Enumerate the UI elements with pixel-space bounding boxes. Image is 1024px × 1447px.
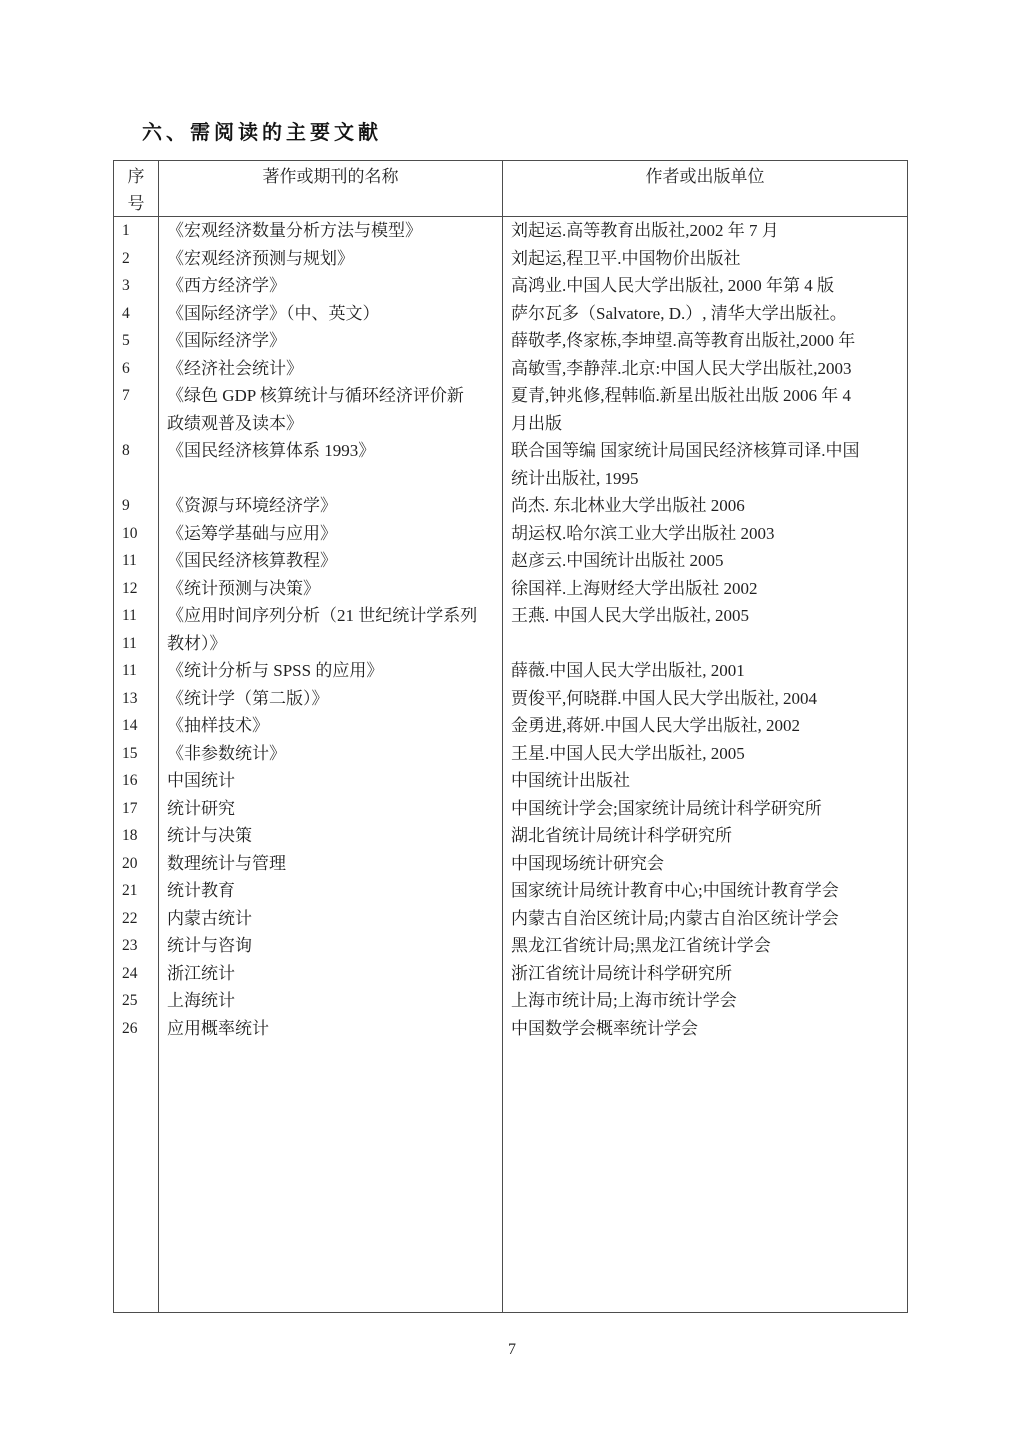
row-number: 12 (114, 575, 159, 603)
table-row: 5《国际经济学》薛敬孝,佟家栋,李坤望.高等教育出版社,2000 年 (114, 327, 907, 355)
table-row: 20数理统计与管理中国现场统计研究会 (114, 850, 907, 878)
row-publisher: 联合国等编 国家统计局国民经济核算司译.中国 统计出版社, 1995 (503, 437, 907, 492)
row-title: 统计教育 (159, 877, 503, 905)
table-row: 13《统计学（第二版）》贾俊平,何晓群.中国人民大学出版社, 2004 (114, 685, 907, 713)
table-header-row: 序 号 著作或期刊的名称 作者或出版单位 (114, 161, 907, 217)
row-publisher: 金勇进,蒋妍.中国人民大学出版社, 2002 (503, 712, 907, 740)
row-number: 25 (114, 987, 159, 1015)
row-title: 统计与决策 (159, 822, 503, 850)
row-number: 17 (114, 795, 159, 823)
row-publisher: 夏青,钟兆修,程韩临.新星出版社出版 2006 年 4 月出版 (503, 382, 907, 437)
row-publisher: 高敏雪,李静萍.北京:中国人民大学出版社,2003 (503, 355, 907, 383)
row-publisher: 贾俊平,何晓群.中国人民大学出版社, 2004 (503, 685, 907, 713)
row-publisher: 中国现场统计研究会 (503, 850, 907, 878)
filler-publisher-cell (503, 1042, 907, 1312)
table-filler-row (114, 1042, 907, 1312)
row-publisher: 胡运权.哈尔滨工业大学出版社 2003 (503, 520, 907, 548)
row-title: 浙江统计 (159, 960, 503, 988)
row-publisher: 尚杰. 东北林业大学出版社 2006 (503, 492, 907, 520)
row-publisher: 湖北省统计局统计科学研究所 (503, 822, 907, 850)
row-title: 数理统计与管理 (159, 850, 503, 878)
row-title: 《应用时间序列分析（21 世纪统计学系列 教材）》 (159, 602, 503, 657)
row-number: 8 (114, 437, 159, 492)
table-row: 14《抽样技术》金勇进,蒋妍.中国人民大学出版社, 2002 (114, 712, 907, 740)
table-row: 26应用概率统计中国数学会概率统计学会 (114, 1015, 907, 1043)
row-title: 《国民经济核算教程》 (159, 547, 503, 575)
table-row: 24浙江统计浙江省统计局统计科学研究所 (114, 960, 907, 988)
row-publisher: 王星.中国人民大学出版社, 2005 (503, 740, 907, 768)
row-number: 3 (114, 272, 159, 300)
row-title: 《西方经济学》 (159, 272, 503, 300)
row-title: 中国统计 (159, 767, 503, 795)
row-publisher: 黑龙江省统计局;黑龙江省统计学会 (503, 932, 907, 960)
row-publisher: 内蒙古自治区统计局;内蒙古自治区统计学会 (503, 905, 907, 933)
row-title: 统计与咨询 (159, 932, 503, 960)
row-number: 5 (114, 327, 159, 355)
row-publisher: 中国统计出版社 (503, 767, 907, 795)
row-title: 《统计学（第二版）》 (159, 685, 503, 713)
row-publisher: 刘起运,程卫平.中国物价出版社 (503, 245, 907, 273)
row-number: 15 (114, 740, 159, 768)
table-row: 1《宏观经济数量分析方法与模型》刘起运.高等教育出版社,2002 年 7 月 (114, 217, 907, 245)
reading-list-table: 序 号 著作或期刊的名称 作者或出版单位 1《宏观经济数量分析方法与模型》刘起运… (113, 160, 908, 1313)
row-title: 《经济社会统计》 (159, 355, 503, 383)
row-number: 26 (114, 1015, 159, 1043)
row-title: 《资源与环境经济学》 (159, 492, 503, 520)
table-row: 4《国际经济学》（中、英文）萨尔瓦多（Salvatore, D.）, 清华大学出… (114, 300, 907, 328)
row-title: 统计研究 (159, 795, 503, 823)
table-row: 22内蒙古统计内蒙古自治区统计局;内蒙古自治区统计学会 (114, 905, 907, 933)
table-row: 3《西方经济学》高鸿业.中国人民大学出版社, 2000 年第 4 版 (114, 272, 907, 300)
header-col-title: 著作或期刊的名称 (159, 161, 503, 217)
row-number: 24 (114, 960, 159, 988)
table-row: 15《非参数统计》王星.中国人民大学出版社, 2005 (114, 740, 907, 768)
table-row: 16中国统计中国统计出版社 (114, 767, 907, 795)
row-publisher: 中国数学会概率统计学会 (503, 1015, 907, 1043)
table-row: 7《绿色 GDP 核算统计与循环经济评价新 政绩观普及读本》夏青,钟兆修,程韩临… (114, 382, 907, 437)
table-row: 10《运筹学基础与应用》胡运权.哈尔滨工业大学出版社 2003 (114, 520, 907, 548)
row-number: 10 (114, 520, 159, 548)
row-publisher: 徐国祥.上海财经大学出版社 2002 (503, 575, 907, 603)
row-number: 11 (114, 547, 159, 575)
table-body: 1《宏观经济数量分析方法与模型》刘起运.高等教育出版社,2002 年 7 月2《… (114, 217, 907, 1312)
row-publisher: 上海市统计局;上海市统计学会 (503, 987, 907, 1015)
row-publisher: 高鸿业.中国人民大学出版社, 2000 年第 4 版 (503, 272, 907, 300)
table-row: 23统计与咨询黑龙江省统计局;黑龙江省统计学会 (114, 932, 907, 960)
filler-title-cell (159, 1042, 503, 1312)
row-number: 9 (114, 492, 159, 520)
header-col-number: 序 号 (114, 161, 159, 217)
table-row: 12《统计预测与决策》徐国祥.上海财经大学出版社 2002 (114, 575, 907, 603)
row-title: 《统计预测与决策》 (159, 575, 503, 603)
table-row: 6《经济社会统计》高敏雪,李静萍.北京:中国人民大学出版社,2003 (114, 355, 907, 383)
row-title: 内蒙古统计 (159, 905, 503, 933)
row-title: 《宏观经济数量分析方法与模型》 (159, 217, 503, 245)
filler-number-cell (114, 1042, 159, 1312)
table-row: 18统计与决策湖北省统计局统计科学研究所 (114, 822, 907, 850)
row-publisher: 萨尔瓦多（Salvatore, D.）, 清华大学出版社。 (503, 300, 907, 328)
row-publisher: 中国统计学会;国家统计局统计科学研究所 (503, 795, 907, 823)
row-title: 《国际经济学》（中、英文） (159, 300, 503, 328)
row-number: 18 (114, 822, 159, 850)
row-number: 23 (114, 932, 159, 960)
row-publisher: 薛敬孝,佟家栋,李坤望.高等教育出版社,2000 年 (503, 327, 907, 355)
row-number: 11 11 (114, 602, 159, 657)
row-title: 《宏观经济预测与规划》 (159, 245, 503, 273)
row-title: 《绿色 GDP 核算统计与循环经济评价新 政绩观普及读本》 (159, 382, 503, 437)
header-col-publisher: 作者或出版单位 (503, 161, 907, 217)
table-row: 2《宏观经济预测与规划》刘起运,程卫平.中国物价出版社 (114, 245, 907, 273)
row-publisher: 王燕. 中国人民大学出版社, 2005 (503, 602, 907, 657)
row-number: 2 (114, 245, 159, 273)
table-row: 17统计研究中国统计学会;国家统计局统计科学研究所 (114, 795, 907, 823)
row-number: 6 (114, 355, 159, 383)
row-title: 《非参数统计》 (159, 740, 503, 768)
row-number: 11 (114, 657, 159, 685)
row-title: 《抽样技术》 (159, 712, 503, 740)
row-publisher: 国家统计局统计教育中心;中国统计教育学会 (503, 877, 907, 905)
table-row: 9《资源与环境经济学》尚杰. 东北林业大学出版社 2006 (114, 492, 907, 520)
document-page: 六、需阅读的主要文献 序 号 著作或期刊的名称 作者或出版单位 1《宏观经济数量… (0, 0, 1024, 1447)
table-row: 11《统计分析与 SPSS 的应用》薛薇.中国人民大学出版社, 2001 (114, 657, 907, 685)
table-row: 8《国民经济核算体系 1993》联合国等编 国家统计局国民经济核算司译.中国 统… (114, 437, 907, 492)
row-publisher: 薛薇.中国人民大学出版社, 2001 (503, 657, 907, 685)
row-title: 《统计分析与 SPSS 的应用》 (159, 657, 503, 685)
row-number: 21 (114, 877, 159, 905)
row-publisher: 浙江省统计局统计科学研究所 (503, 960, 907, 988)
table-row: 21统计教育国家统计局统计教育中心;中国统计教育学会 (114, 877, 907, 905)
table-row: 25上海统计上海市统计局;上海市统计学会 (114, 987, 907, 1015)
row-number: 20 (114, 850, 159, 878)
table-row: 11《国民经济核算教程》赵彦云.中国统计出版社 2005 (114, 547, 907, 575)
section-title: 六、需阅读的主要文献 (142, 116, 382, 145)
page-number: 7 (0, 1341, 1024, 1359)
table-row: 11 11《应用时间序列分析（21 世纪统计学系列 教材）》王燕. 中国人民大学… (114, 602, 907, 657)
row-title: 应用概率统计 (159, 1015, 503, 1043)
row-number: 4 (114, 300, 159, 328)
row-number: 22 (114, 905, 159, 933)
row-number: 16 (114, 767, 159, 795)
row-title: 上海统计 (159, 987, 503, 1015)
row-number: 1 (114, 217, 159, 245)
row-publisher: 刘起运.高等教育出版社,2002 年 7 月 (503, 217, 907, 245)
row-title: 《国际经济学》 (159, 327, 503, 355)
row-number: 13 (114, 685, 159, 713)
row-title: 《运筹学基础与应用》 (159, 520, 503, 548)
row-title: 《国民经济核算体系 1993》 (159, 437, 503, 492)
row-publisher: 赵彦云.中国统计出版社 2005 (503, 547, 907, 575)
row-number: 14 (114, 712, 159, 740)
row-number: 7 (114, 382, 159, 437)
